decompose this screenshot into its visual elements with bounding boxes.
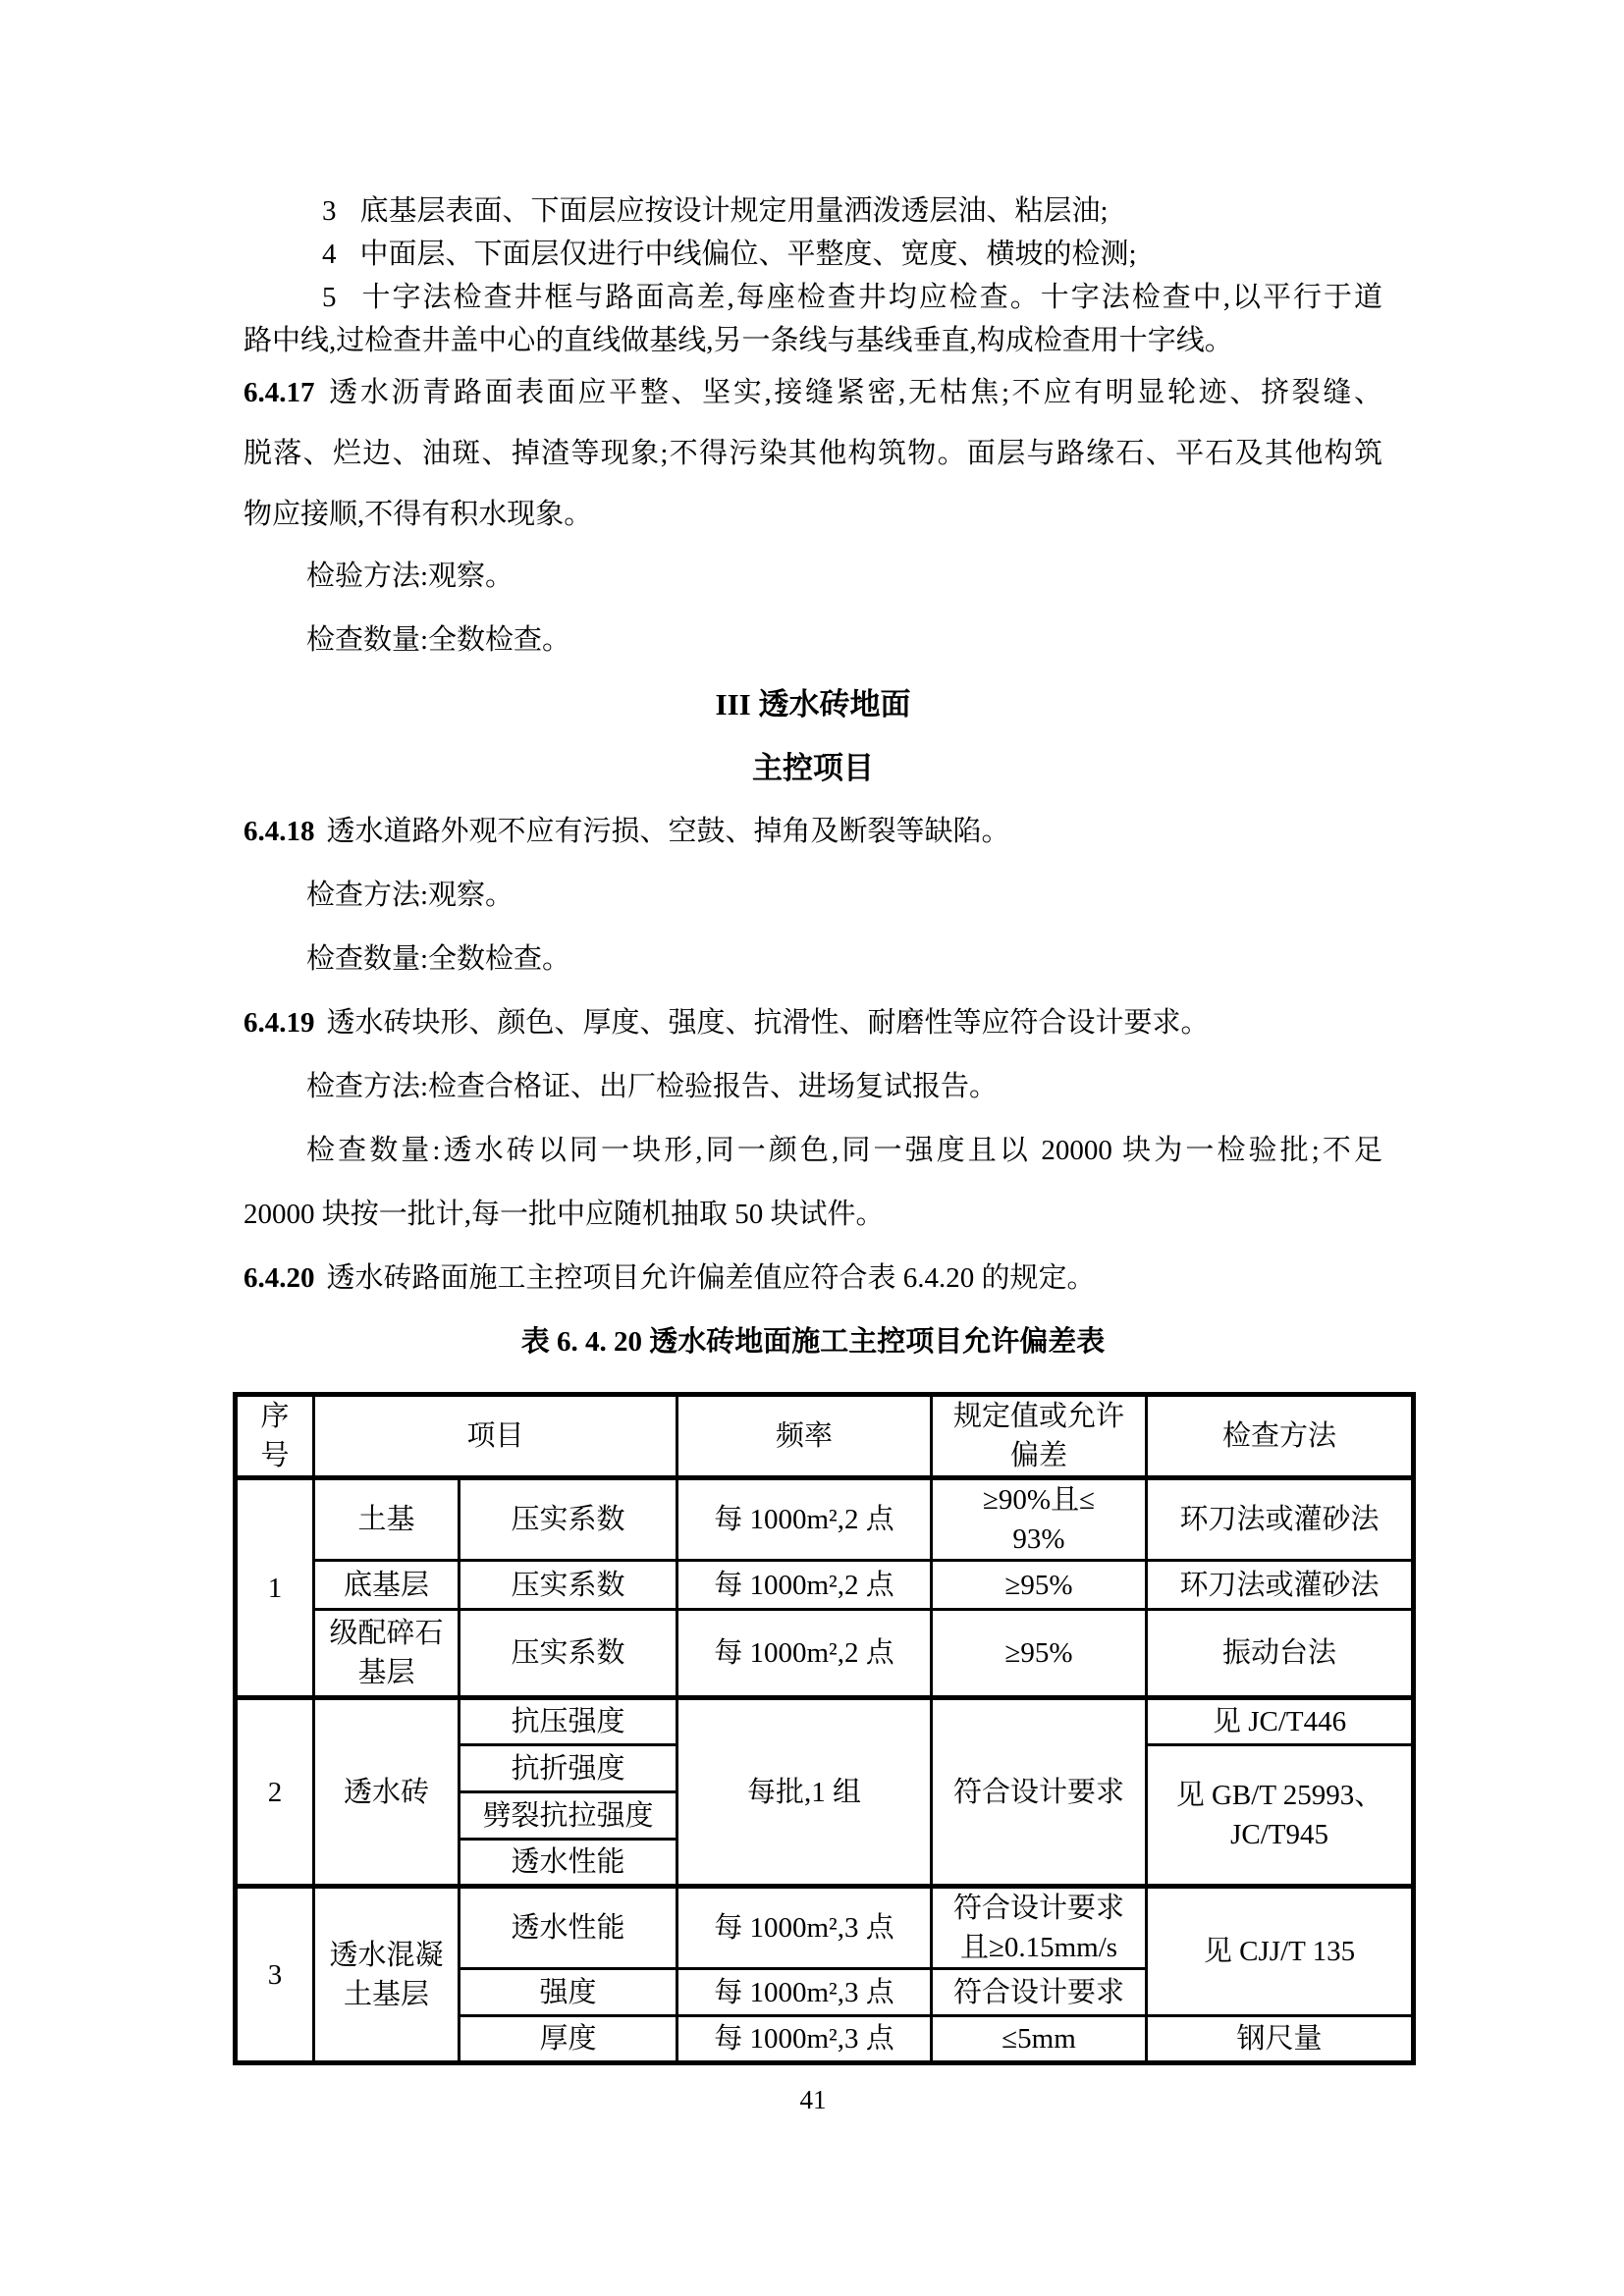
table-row: 3 透水混凝 土基层 透水性能 每 1000m²,3 点 符合设计要求 且≥0.… <box>236 1887 1414 1969</box>
quantity-line-1: 检查数量:透水砖以同一块形,同一颜色,同一强度且以 20000 块为一检验批;不… <box>244 1119 1382 1183</box>
cell-subitem: 强度 <box>460 1969 677 2016</box>
cell-freq: 每 1000m²,3 点 <box>677 1969 932 2016</box>
cell-method: 钢尺量 <box>1147 2016 1414 2063</box>
section-6-4-20: 6.4.20透水砖路面施工主控项目允许偏差值应符合表 6.4.20 的规定。 <box>244 1247 1382 1310</box>
list-item-number: 4 <box>322 239 337 270</box>
cell-freq: 每 1000m²,2 点 <box>677 1561 932 1610</box>
table-row: 2 透水砖 抗压强度 每批,1 组 符合设计要求 见 JC/T446 <box>236 1698 1414 1745</box>
section-6-4-17: 6.4.17透水沥青路面表面应平整、坚实,接缝紧密,无枯焦;不应有明显轮迹、挤裂… <box>244 362 1382 545</box>
cell-method: 见 JC/T446 <box>1147 1698 1414 1745</box>
list-item-text: 中面层、下面层仅进行中线偏位、平整度、宽度、横坡的检测; <box>360 239 1137 270</box>
cell-subitem: 抗折强度 <box>460 1745 677 1792</box>
cell-freq: 每 1000m²,3 点 <box>677 1887 932 1969</box>
clause-number: 6.4.19 <box>244 1007 315 1039</box>
cell-value: 符合设计要求 <box>932 1698 1147 1887</box>
method-line: 检查方法:观察。 <box>244 864 1382 928</box>
cell-method: 见 GB/T 25993、 JC/T945 <box>1147 1745 1414 1887</box>
clause-text: 透水砖路面施工主控项目允许偏差值应符合表 6.4.20 的规定。 <box>327 1262 1096 1294</box>
header-value: 规定值或允许 偏差 <box>932 1395 1147 1478</box>
list-item-number: 3 <box>322 195 337 227</box>
subsection-heading: III 透水砖地面 <box>244 672 1382 736</box>
cell-freq: 每 1000m²,2 点 <box>677 1610 932 1698</box>
cell-value: 符合设计要求 且≥0.15mm/s <box>932 1887 1147 1969</box>
cell-seq: 2 <box>236 1698 314 1887</box>
cell-subitem: 透水性能 <box>460 1840 677 1887</box>
list-item-5-line2: 路中线,过检查井盖中心的直线做基线,另一条线与基线垂直,构成检查用十字线。 <box>244 319 1382 362</box>
cell-value: ≥95% <box>932 1561 1147 1610</box>
quantity-line: 检查数量:全数检查。 <box>244 928 1382 991</box>
cell-value: 符合设计要求 <box>932 1969 1147 2016</box>
clause-text: 透水沥青路面表面应平整、坚实,接缝紧密,无枯焦;不应有明显轮迹、挤裂缝、 <box>327 377 1383 408</box>
section-6-4-19: 6.4.19透水砖块形、颜色、厚度、强度、抗滑性、耐磨性等应符合设计要求。 <box>244 991 1382 1055</box>
list-item-3: 3底基层表面、下面层应按设计规定用量洒泼透层油、粘层油; <box>244 189 1382 233</box>
clause-number: 6.4.17 <box>244 377 315 408</box>
list-item-5-line1: 5十字法检查井框与路面高差,每座检查井均应检查。十字法检查中,以平行于道 <box>244 276 1382 319</box>
cell-freq: 每 1000m²,3 点 <box>677 2016 932 2063</box>
table-title: 表 6. 4. 20 透水砖地面施工主控项目允许偏差表 <box>244 1310 1382 1374</box>
cell-seq: 3 <box>236 1887 314 2063</box>
cell-method: 环刀法或灌砂法 <box>1147 1478 1414 1561</box>
table-header-row: 序 号 项目 频率 规定值或允许 偏差 检查方法 <box>236 1395 1414 1478</box>
section-6-4-18: 6.4.18透水道路外观不应有污损、空鼓、掉角及断裂等缺陷。 <box>244 800 1382 864</box>
clause-text: 透水道路外观不应有污损、空鼓、掉角及断裂等缺陷。 <box>327 816 1010 847</box>
clause-line: 6.4.17透水沥青路面表面应平整、坚实,接缝紧密,无枯焦;不应有明显轮迹、挤裂… <box>244 362 1382 423</box>
table-row: 1 土基 压实系数 每 1000m²,2 点 ≥90%且≤ 93% 环刀法或灌砂… <box>236 1478 1414 1561</box>
table-row: 级配碎石 基层 压实系数 每 1000m²,2 点 ≥95% 振动台法 <box>236 1610 1414 1698</box>
cell-subitem: 劈裂抗拉强度 <box>460 1792 677 1840</box>
document-page: 3底基层表面、下面层应按设计规定用量洒泼透层油、粘层油; 4中面层、下面层仅进行… <box>0 0 1624 2296</box>
cell-seq: 1 <box>236 1478 314 1698</box>
cell-subitem: 厚度 <box>460 2016 677 2063</box>
header-method: 检查方法 <box>1147 1395 1414 1478</box>
cell-subitem: 抗压强度 <box>460 1698 677 1745</box>
clause-text: 透水砖块形、颜色、厚度、强度、抗滑性、耐磨性等应符合设计要求。 <box>327 1007 1210 1039</box>
table-row: 底基层 压实系数 每 1000m²,2 点 ≥95% 环刀法或灌砂法 <box>236 1561 1414 1610</box>
header-freq: 频率 <box>677 1395 932 1478</box>
clause-number: 6.4.20 <box>244 1262 315 1294</box>
cell-subitem: 透水性能 <box>460 1887 677 1969</box>
cell-item: 土基 <box>314 1478 460 1561</box>
cell-freq: 每批,1 组 <box>677 1698 932 1887</box>
list-item-number: 5 <box>322 282 337 313</box>
list-item-text: 十字法检查井框与路面高差,每座检查井均应检查。十字法检查中,以平行于道 <box>360 282 1383 313</box>
cell-value: ≥95% <box>932 1610 1147 1698</box>
page-number: 41 <box>244 2085 1382 2115</box>
cell-method: 振动台法 <box>1147 1610 1414 1698</box>
quantity-line-2: 20000 块按一批计,每一批中应随机抽取 50 块试件。 <box>244 1183 1382 1247</box>
cell-method: 见 CJJ/T 135 <box>1147 1887 1414 2016</box>
page-content: 3底基层表面、下面层应按设计规定用量洒泼透层油、粘层油; 4中面层、下面层仅进行… <box>0 0 1624 2115</box>
header-seq: 序 号 <box>236 1395 314 1478</box>
sections-block: 检验方法:观察。 检查数量:全数检查。 III 透水砖地面 主控项目 6.4.1… <box>244 545 1382 1374</box>
method-line: 检验方法:观察。 <box>244 545 1382 609</box>
main-control-heading: 主控项目 <box>244 736 1382 800</box>
clause-line: 物应接顺,不得有积水现象。 <box>244 484 1382 545</box>
cell-subitem: 压实系数 <box>460 1561 677 1610</box>
cell-value: ≥90%且≤ 93% <box>932 1478 1147 1561</box>
cell-method: 环刀法或灌砂法 <box>1147 1561 1414 1610</box>
header-item: 项目 <box>314 1395 677 1478</box>
cell-freq: 每 1000m²,2 点 <box>677 1478 932 1561</box>
quantity-line: 检查数量:全数检查。 <box>244 609 1382 672</box>
cell-subitem: 压实系数 <box>460 1610 677 1698</box>
clause-line: 脱落、烂边、油斑、掉渣等现象;不得污染其他构筑物。面层与路缘石、平石及其他构筑 <box>244 423 1382 484</box>
list-item-text: 底基层表面、下面层应按设计规定用量洒泼透层油、粘层油; <box>360 195 1109 227</box>
cell-item: 透水砖 <box>314 1698 460 1887</box>
cell-item: 级配碎石 基层 <box>314 1610 460 1698</box>
cell-item: 透水混凝 土基层 <box>314 1887 460 2063</box>
numbered-list: 3底基层表面、下面层应按设计规定用量洒泼透层油、粘层油; 4中面层、下面层仅进行… <box>244 189 1382 362</box>
clause-number: 6.4.18 <box>244 816 315 847</box>
method-line: 检查方法:检查合格证、出厂检验报告、进场复试报告。 <box>244 1055 1382 1119</box>
deviation-table: 序 号 项目 频率 规定值或允许 偏差 检查方法 1 土基 压实系数 每 100… <box>233 1392 1416 2065</box>
cell-item: 底基层 <box>314 1561 460 1610</box>
cell-value: ≤5mm <box>932 2016 1147 2063</box>
list-item-4: 4中面层、下面层仅进行中线偏位、平整度、宽度、横坡的检测; <box>244 233 1382 276</box>
cell-subitem: 压实系数 <box>460 1478 677 1561</box>
